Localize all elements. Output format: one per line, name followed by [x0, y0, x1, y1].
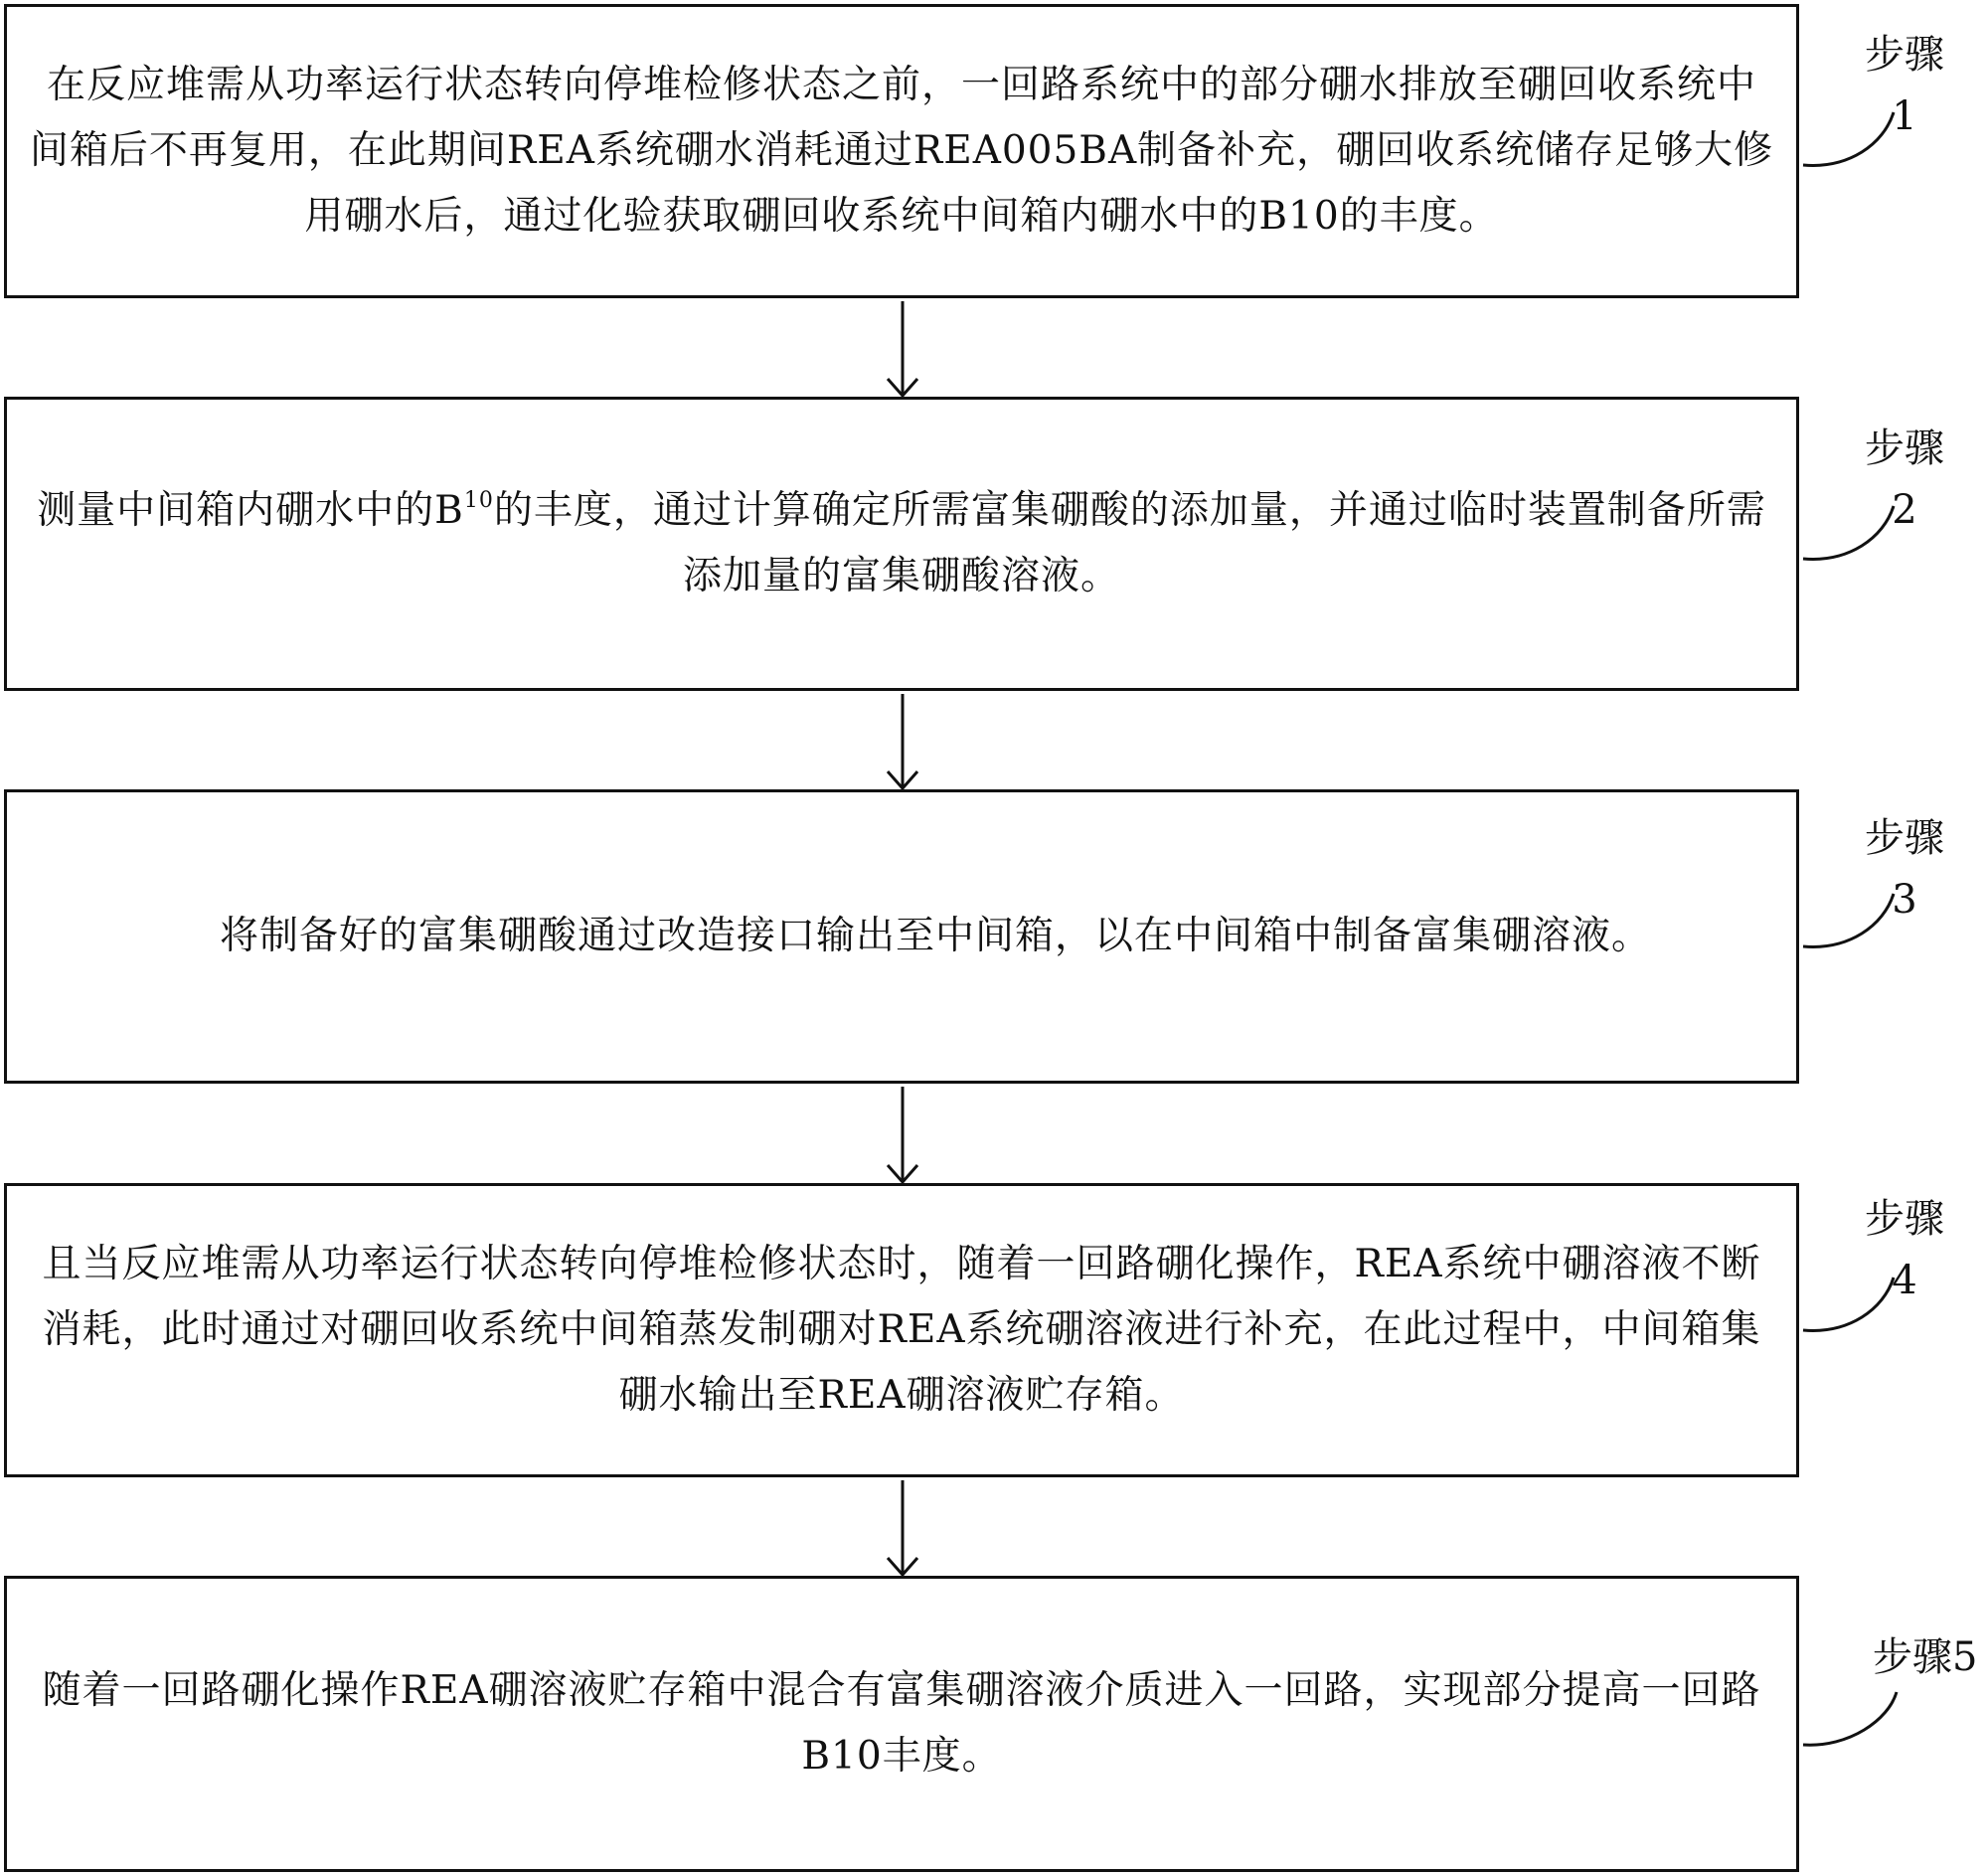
step-2-text-before: 测量中间箱内硼水中的B: [37, 488, 464, 533]
step-2-superscript: 10: [464, 488, 494, 513]
arrow-3-to-4-icon: [888, 1087, 917, 1182]
step-2-text: 测量中间箱内硼水中的B10的丰度，通过计算确定所需富集硼酸的添加量，并通过临时装…: [7, 478, 1796, 609]
step-1-text: 在反应堆需从功率运行状态转向停堆检修状态之前，一回路系统中的部分硼水排放至硼回收…: [7, 53, 1796, 250]
step-4-label-word: 步骤: [1857, 1188, 1952, 1250]
step-5-box: 随着一回路硼化操作REA硼溶液贮存箱中混合有富集硼溶液介质进入一回路，实现部分提…: [4, 1576, 1799, 1872]
step-1-label-number: 1: [1857, 85, 1952, 147]
step-4-text: 且当反应堆需从功率运行状态转向停堆检修状态时，随着一回路硼化操作，REA系统中硼…: [7, 1232, 1796, 1429]
arrow-2-to-3-icon: [888, 694, 917, 788]
step-1-label: 步骤 1: [1857, 24, 1952, 147]
step-3-label-number: 3: [1857, 869, 1952, 931]
step-3-box: 将制备好的富集硼酸通过改造接口输出至中间箱，以在中间箱中制备富集硼溶液。: [4, 789, 1799, 1084]
step-5-text: 随着一回路硼化操作REA硼溶液贮存箱中混合有富集硼溶液介质进入一回路，实现部分提…: [7, 1658, 1796, 1790]
step-3-text: 将制备好的富集硼酸通过改造接口输出至中间箱，以在中间箱中制备富集硼溶液。: [130, 904, 1673, 969]
step-2-label-word: 步骤: [1857, 418, 1952, 479]
arrow-1-to-2-icon: [888, 301, 917, 396]
arrow-4-to-5-icon: [888, 1480, 917, 1575]
step-4-label-number: 4: [1857, 1250, 1952, 1311]
step-1-box: 在反应堆需从功率运行状态转向停堆检修状态之前，一回路系统中的部分硼水排放至硼回收…: [4, 4, 1799, 298]
step-3-label-word: 步骤: [1857, 807, 1952, 869]
step-5-label: 步骤5: [1873, 1626, 1988, 1688]
step-1-label-word: 步骤: [1857, 24, 1952, 85]
step-2-label-number: 2: [1857, 479, 1952, 541]
step-4-box: 且当反应堆需从功率运行状态转向停堆检修状态时，随着一回路硼化操作，REA系统中硼…: [4, 1183, 1799, 1477]
leader-5-icon: [1803, 1692, 1897, 1745]
step-2-box: 测量中间箱内硼水中的B10的丰度，通过计算确定所需富集硼酸的添加量，并通过临时装…: [4, 397, 1799, 691]
step-2-text-after: 的丰度，通过计算确定所需富集硼酸的添加量，并通过临时装置制备所需添加量的富集硼酸…: [494, 488, 1766, 598]
step-3-label: 步骤 3: [1857, 807, 1952, 931]
step-4-label: 步骤 4: [1857, 1188, 1952, 1311]
step-2-label: 步骤 2: [1857, 418, 1952, 541]
